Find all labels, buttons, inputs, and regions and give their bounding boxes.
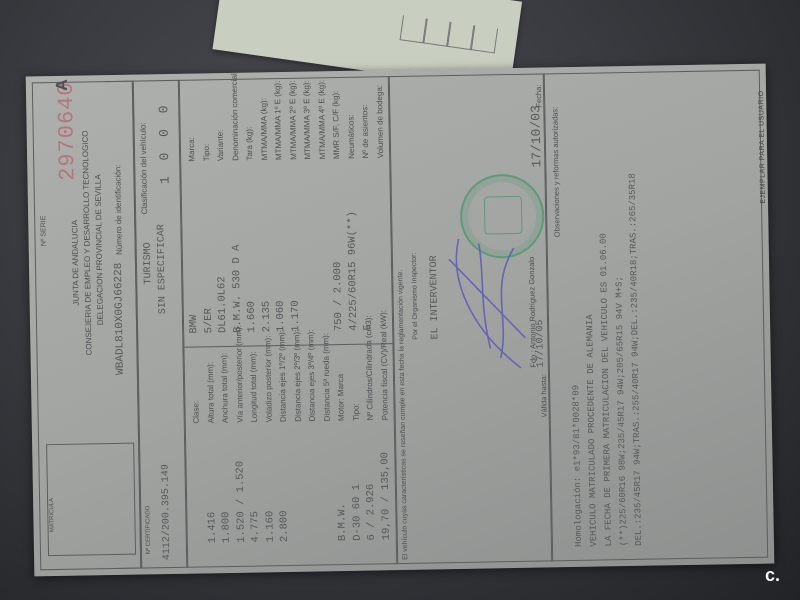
right-field-label: Distancia ejes 3º/4º (mm): (306, 329, 317, 421)
watermark: c. (765, 565, 780, 586)
right-field-value: 4.775 (249, 511, 262, 543)
left-field-label: MTMA/MMA (kg): (259, 98, 269, 160)
right-field-label: Distancia ejes 2º/3º (mm): (292, 330, 303, 422)
inspection-date: 17/10/03 (528, 105, 544, 168)
left-field-label: Marca: (187, 137, 196, 162)
left-field-label: MTMA/MMA 2º E (kg): (287, 80, 297, 160)
serial-label: Nº SERIE (40, 216, 48, 247)
left-field-label: Nº de asientos: (360, 104, 370, 158)
serial-number: 2970640 (54, 81, 81, 181)
left-field-label: MTMA/MMA 4º E (kg): (316, 80, 326, 160)
right-field-value: 1.416 (206, 512, 219, 544)
left-field-value: 4/225/60R15 96W(**) (346, 211, 360, 331)
left-field-value: 1.060 (275, 300, 288, 332)
classification-label: Clasificación del vehículo: (139, 122, 150, 214)
organism-label: Por el Organismo Inspector: (411, 253, 420, 340)
right-field-label: Potencia fiscal (CV)/Real (kW): (378, 310, 389, 420)
left-field-value: 5/ER (202, 308, 214, 333)
inspector-signature (428, 228, 541, 390)
left-field-label: Denominación comercial: (229, 71, 240, 161)
right-field-value: 1.160 (264, 511, 277, 543)
left-field-label: MTMA/MMA 1º E (kg): (273, 81, 283, 161)
left-field-value: 1.170 (289, 300, 302, 332)
right-field-value: 2.800 (278, 510, 291, 542)
right-field-label: Anchura total (mm): (220, 353, 230, 423)
left-field-label: Variante: (216, 130, 226, 162)
classification-code: 1 0 0 0 (156, 101, 172, 184)
inspection-card: Nº SERIE 2970640 A JUNTA DE ANDALUCIA CO… (26, 64, 775, 577)
right-field-value: B.M.W. (336, 503, 349, 541)
certificate-number: 4112/200.395.149 (160, 464, 173, 560)
left-field-value: 1.660 (246, 301, 259, 333)
left-field-label: Neumáticos: (346, 114, 356, 159)
footer-label: EJEMPLAR PARA EL USUARIO (758, 90, 767, 203)
right-field-label: Motor: Marca (336, 374, 346, 421)
left-field-value: B.M.W. 530 D A (230, 245, 244, 333)
left-field-label: Volumen de bodega: (374, 85, 384, 159)
right-field-value: 19,70 / 135,00 (379, 452, 393, 540)
valid-until-date: 17/10/05 (535, 319, 547, 367)
certificate-label: Nº CERTIFICADO (145, 506, 152, 555)
serial-suffix: A (54, 79, 72, 91)
right-field-label: Vía anterior/posterior (mm): (234, 325, 245, 423)
right-field-label: Voladizo posterior (mm): (263, 336, 274, 423)
right-field-value: D-30 60 1 (350, 484, 363, 541)
right-field-label: Distancia ejes 1º/2º (mm): (277, 330, 288, 422)
card-content: Nº SERIE 2970640 A JUNTA DE ANDALUCIA CO… (26, 64, 775, 577)
vin-value: WBADL810X0GJ66228 (113, 263, 127, 375)
classification-desc-2: SIN ESPECIFICAR (156, 224, 169, 314)
right-field-label: Altura total (mm): (205, 362, 215, 423)
right-field-label: Distancia 5ª rueda (mm): (321, 333, 332, 421)
right-field-value: 6 / 2.926 (365, 484, 378, 541)
background-paper-grid (400, 15, 499, 53)
right-field-label: Longitud total (mm): (249, 351, 259, 422)
issuer-line1: JUNTA DE ANDALUCIA (70, 220, 80, 306)
left-field-label: Tipo: (201, 144, 210, 162)
right-field-label: Nº Cilindros/Cilindrada (cm3): (364, 315, 375, 420)
matricula-label: MATRICULA (49, 498, 56, 532)
right-field-label: Tipo: (351, 403, 360, 421)
left-field-value: 2.135 (260, 301, 273, 333)
right-field-value: 1.520 / 1.520 (234, 461, 247, 543)
left-field-label: MMR S/F, C/F (kg): (331, 91, 341, 160)
left-field-value: 750 / 2.000 (332, 262, 345, 332)
left-field-label: Tara (kg): (245, 127, 255, 161)
left-field-label: MTMA/MMA 3º E (kg): (302, 80, 312, 160)
inspection-card-photo: Nº SERIE 2970640 A JUNTA DE ANDALUCIA CO… (22, 62, 782, 582)
right-field-label: Clase: (191, 401, 200, 424)
left-field-value: DL61.0L62 (216, 276, 229, 333)
vin-label: Número de identificación: (113, 165, 124, 255)
classification-desc-1: TURISMO (143, 242, 155, 284)
right-field-value: 1.800 (220, 511, 233, 543)
left-field-value: BMW (188, 315, 200, 334)
